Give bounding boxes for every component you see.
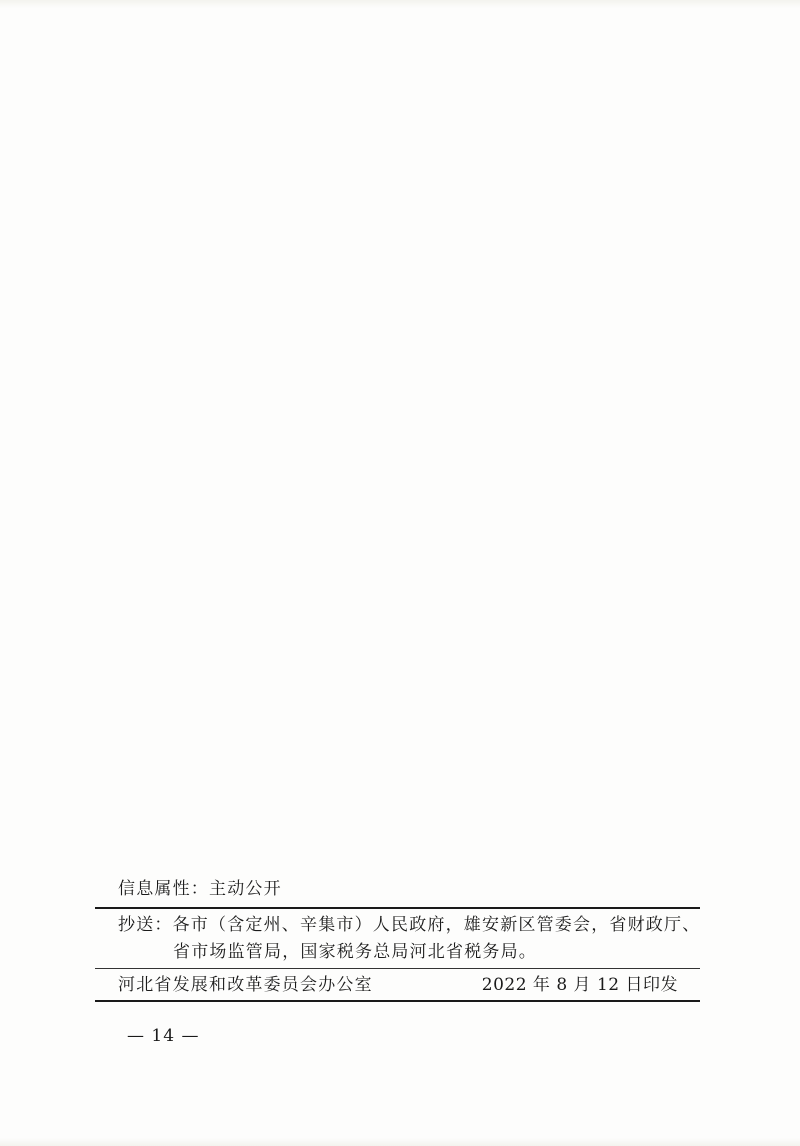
cc-recipients-line-2: 省市场监管局，国家税务总局河北省税务局。: [173, 942, 537, 962]
top-divider: [95, 907, 700, 909]
middle-divider: [95, 968, 700, 969]
cc-recipients-line-1: 抄送：各市（含定州、辛集市）人民政府，雄安新区管委会，省财政厅、: [118, 915, 700, 935]
issuer-text: 河北省发展和改革委员会办公室: [118, 975, 373, 995]
page-number: — 14 —: [127, 1026, 199, 1046]
bottom-divider: [95, 1000, 700, 1002]
issue-date-text: 2022 年 8 月 12 日印发: [482, 975, 678, 995]
info-attribute-text: 信息属性：主动公开: [118, 879, 282, 899]
scan-edge-top: [0, 0, 800, 8]
document-page: 信息属性：主动公开 抄送：各市（含定州、辛集市）人民政府，雄安新区管委会，省财政…: [0, 0, 800, 1146]
scan-edge-bottom: [0, 1138, 800, 1146]
